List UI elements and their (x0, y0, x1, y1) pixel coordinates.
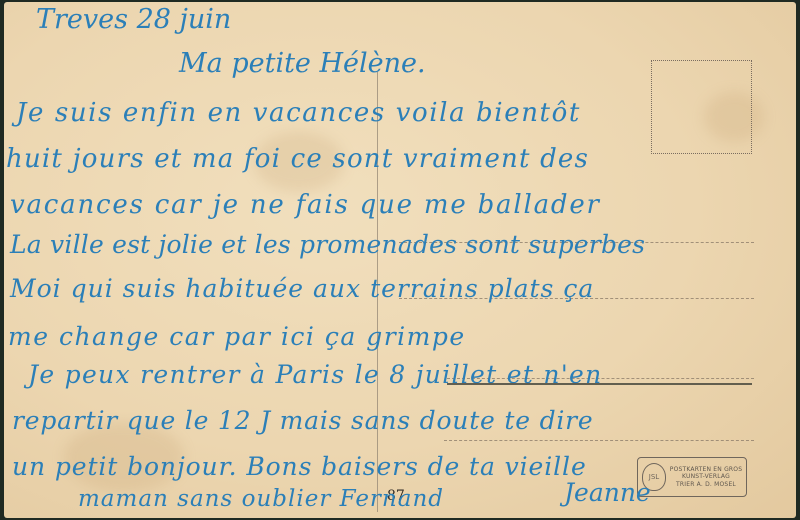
place-date: Treves 28 juin (36, 4, 231, 35)
message-line-5: Moi qui suis habituée aux terrains plats… (10, 274, 594, 303)
address-line-4 (444, 440, 754, 441)
strikethrough-line (447, 383, 752, 385)
publisher-stamp: JSL POSTKARTEN EN GROS KUNST-VERLAG TRIE… (637, 457, 747, 497)
signature: Jeanne (564, 478, 651, 507)
message-line-10: maman sans oublier Fernand (78, 486, 444, 512)
stamp-placeholder-box (651, 60, 752, 154)
publisher-line: TRIER A. D. MOSEL (666, 481, 746, 489)
publisher-line: KUNST-VERLAG (666, 473, 746, 481)
salutation: Ma petite Hélène. (179, 48, 426, 79)
message-line-3: vacances car je ne fais que me ballader (10, 190, 601, 220)
message-line-4: La ville est jolie et les promenades son… (10, 230, 645, 259)
publisher-text: POSTKARTEN EN GROS KUNST-VERLAG TRIER A.… (666, 466, 746, 489)
message-line-8: repartir que le 12 J mais sans doute te … (12, 406, 594, 435)
postcard-back: JSL POSTKARTEN EN GROS KUNST-VERLAG TRIE… (4, 2, 796, 518)
message-line-1: Je suis enfin en vacances voila bientôt (16, 98, 581, 128)
message-line-9: un petit bonjour. Bons baisers de ta vie… (12, 452, 587, 481)
message-line-2: huit jours et ma foi ce sont vraiment de… (6, 144, 589, 174)
publisher-line: POSTKARTEN EN GROS (666, 466, 746, 474)
message-line-6: me change car par ici ça grimpe (8, 322, 466, 351)
